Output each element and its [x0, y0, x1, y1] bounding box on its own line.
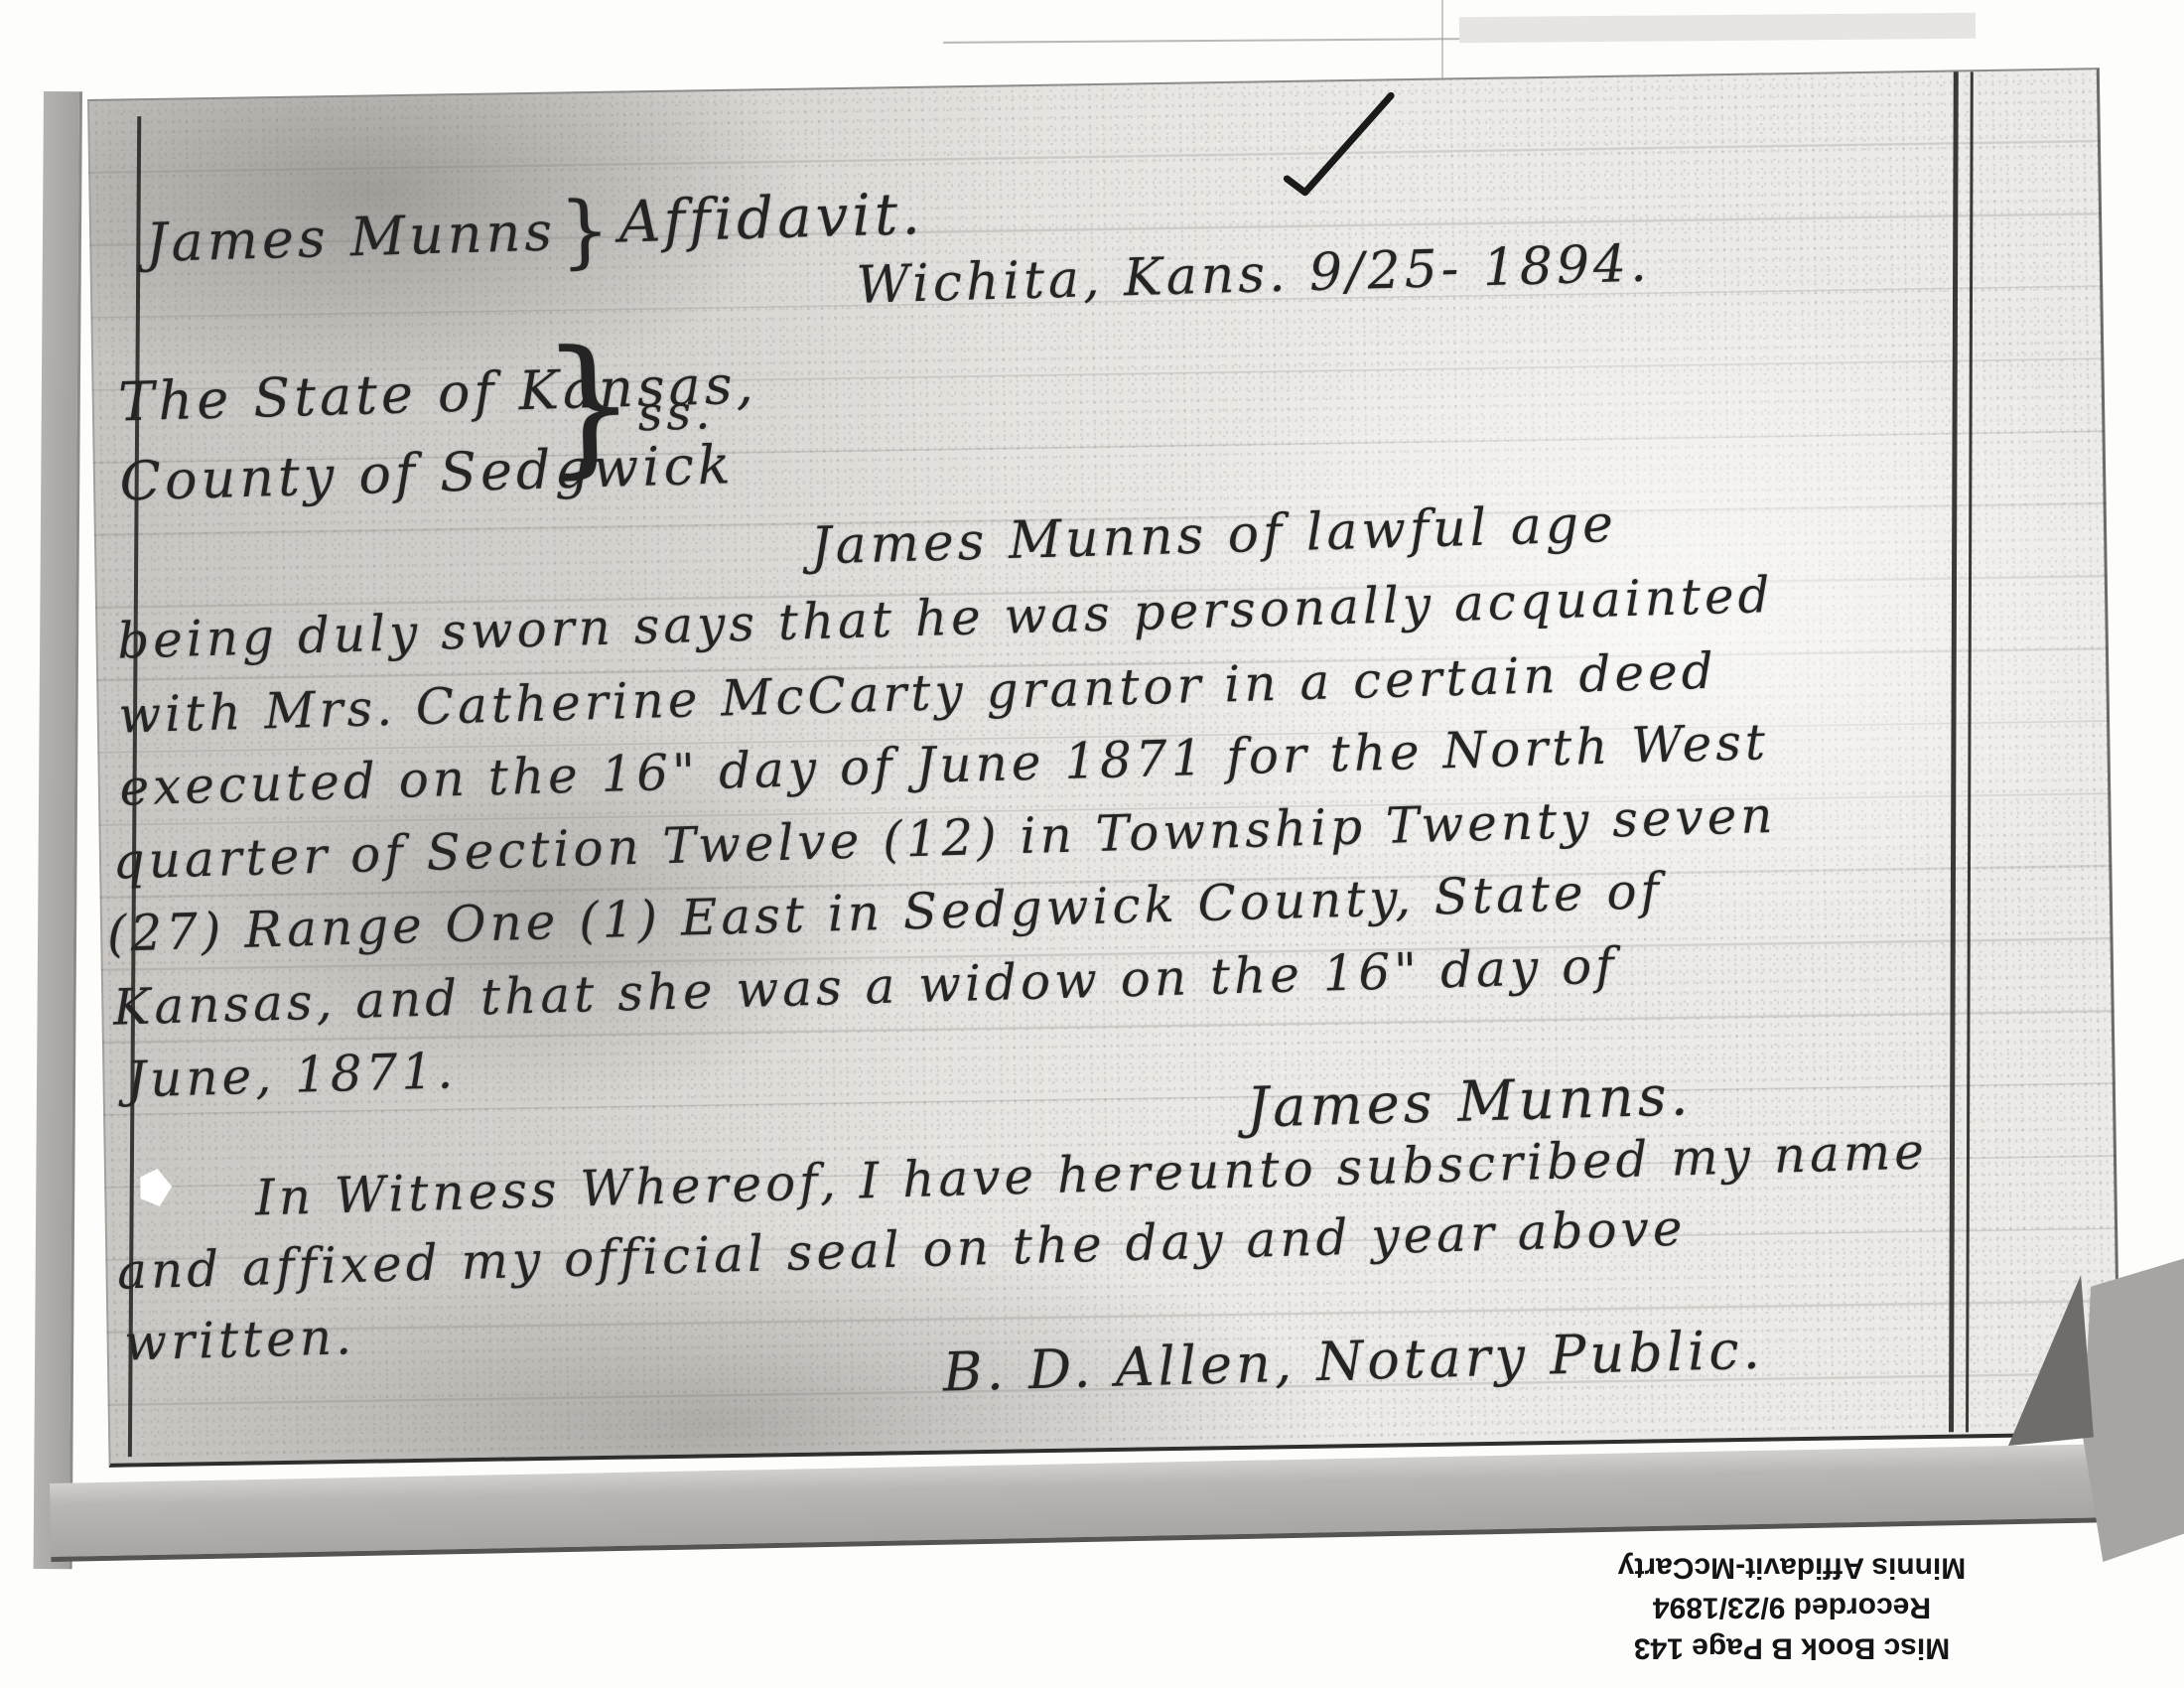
venue-brace: }: [540, 330, 639, 482]
heading-brace: }: [558, 184, 611, 277]
right-margin-rule: [1949, 71, 1974, 1432]
body-line: June, 1871.: [125, 1042, 457, 1108]
affiant-signature: James Munns.: [1246, 1063, 1693, 1141]
scanned-affidavit-page: James Munns } Affidavit. Wichita, Kans. …: [0, 0, 2184, 1688]
stamp-line-book-page: Misc Book B Page 143: [1544, 1627, 2040, 1668]
checkmark-icon: [1276, 85, 1407, 211]
notary-signature: B. D. Allen, Notary Public.: [942, 1319, 1765, 1404]
scanner-edge-bar: [34, 91, 82, 1569]
attestation-line: written.: [124, 1308, 356, 1371]
venue-ss: ss.: [637, 384, 715, 442]
stamp-line-title: Minnis Affidavit-McCarty: [1544, 1547, 2040, 1588]
scan-artifact-smudge: [1459, 13, 1976, 44]
recorder-stamp: Misc Book B Page 143 Recorded 9/23/1894 …: [1544, 1547, 2040, 1668]
party-name: James Munns: [145, 201, 557, 275]
scan-artifact-line: [943, 38, 1459, 44]
venue-county-line: County of Sedgwick: [119, 433, 735, 512]
doc-type: Affidavit.: [618, 180, 925, 256]
scan-artifact-notch: [140, 1169, 173, 1206]
dateline: Wichita, Kans. 9/25- 1894.: [856, 234, 1652, 316]
book-edge-right: [2083, 1249, 2184, 1562]
affidavit-paper: James Munns } Affidavit. Wichita, Kans. …: [87, 68, 2120, 1468]
body-opening: James Munns of lawful age: [810, 494, 1618, 577]
stamp-line-recorded: Recorded 9/23/1894: [1544, 1588, 2040, 1628]
